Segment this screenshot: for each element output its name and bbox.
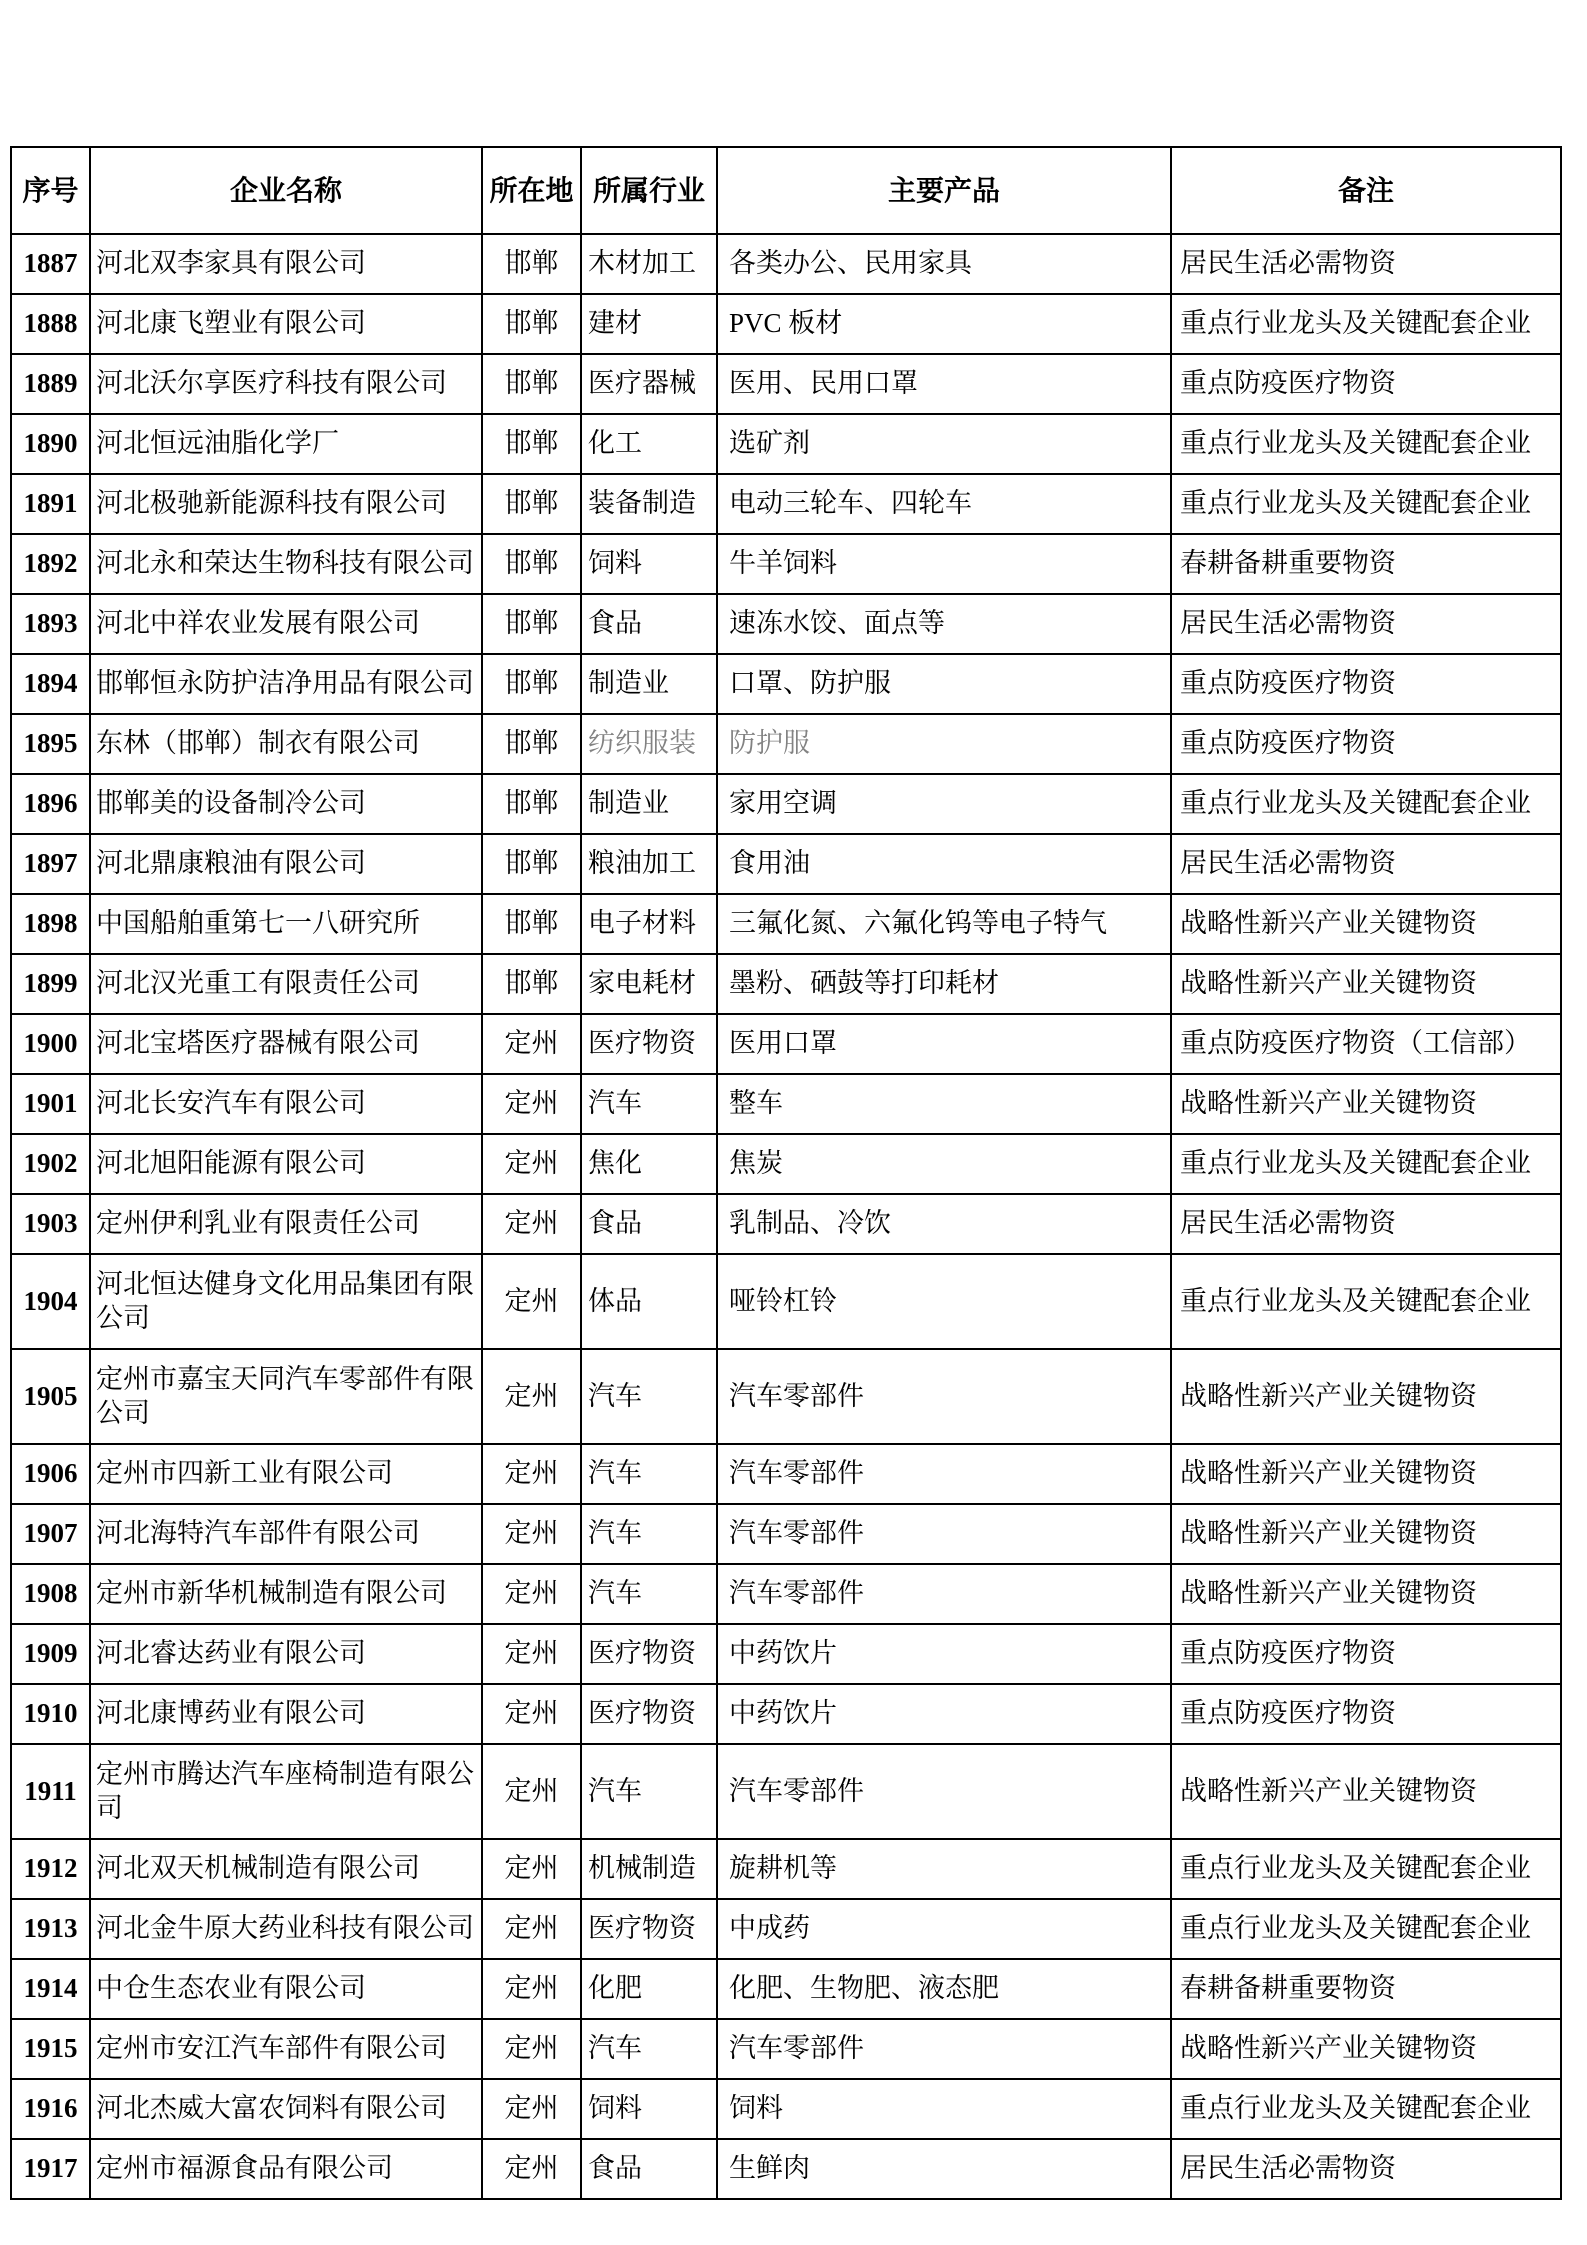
cell-id: 1912 [11,1839,90,1899]
cell-products: 各类办公、民用家具 [717,234,1171,294]
cell-industry: 家电耗材 [581,954,717,1014]
cell-industry: 汽车 [581,1444,717,1504]
cell-location: 邯郸 [482,834,581,894]
cell-location: 定州 [482,1959,581,2019]
cell-company: 河北恒达健身文化用品集团有限公司 [90,1254,482,1349]
cell-industry: 食品 [581,2139,717,2199]
cell-remark: 战略性新兴产业关键物资 [1171,2019,1561,2079]
cell-company: 河北汉光重工有限责任公司 [90,954,482,1014]
table-header-row: 序号企业名称所在地所属行业主要产品备注 [11,147,1561,234]
cell-products: 整车 [717,1074,1171,1134]
cell-industry: 体品 [581,1254,717,1349]
cell-location: 邯郸 [482,954,581,1014]
cell-location: 定州 [482,1254,581,1349]
cell-company: 定州市新华机械制造有限公司 [90,1564,482,1624]
cell-industry: 食品 [581,1194,717,1254]
cell-industry: 汽车 [581,2019,717,2079]
table-row: 1890河北恒远油脂化学厂邯郸化工选矿剂重点行业龙头及关键配套企业 [11,414,1561,474]
cell-industry: 饲料 [581,534,717,594]
cell-id: 1909 [11,1624,90,1684]
cell-company: 河北双李家具有限公司 [90,234,482,294]
cell-location: 邯郸 [482,774,581,834]
cell-industry: 医疗器械 [581,354,717,414]
cell-location: 邯郸 [482,654,581,714]
cell-industry: 食品 [581,594,717,654]
cell-industry: 制造业 [581,654,717,714]
column-header-remark: 备注 [1171,147,1561,234]
cell-location: 定州 [482,1624,581,1684]
table-row: 1907河北海特汽车部件有限公司定州汽车汽车零部件战略性新兴产业关键物资 [11,1504,1561,1564]
cell-id: 1906 [11,1444,90,1504]
cell-products: 食用油 [717,834,1171,894]
cell-products: 汽车零部件 [717,2019,1171,2079]
cell-location: 定州 [482,1744,581,1839]
cell-id: 1895 [11,714,90,774]
table-row: 1892河北永和荣达生物科技有限公司邯郸饲料牛羊饲料春耕备耕重要物资 [11,534,1561,594]
cell-remark: 重点防疫医疗物资（工信部） [1171,1014,1561,1074]
cell-location: 邯郸 [482,414,581,474]
table-row: 1902河北旭阳能源有限公司定州焦化焦炭重点行业龙头及关键配套企业 [11,1134,1561,1194]
cell-remark: 重点防疫医疗物资 [1171,654,1561,714]
cell-industry: 化工 [581,414,717,474]
cell-industry: 医疗物资 [581,1624,717,1684]
cell-remark: 居民生活必需物资 [1171,1194,1561,1254]
cell-industry: 汽车 [581,1744,717,1839]
cell-products: 牛羊饲料 [717,534,1171,594]
cell-remark: 重点行业龙头及关键配套企业 [1171,474,1561,534]
table-row: 1915定州市安江汽车部件有限公司定州汽车汽车零部件战略性新兴产业关键物资 [11,2019,1561,2079]
cell-remark: 重点行业龙头及关键配套企业 [1171,1839,1561,1899]
table-row: 1903定州伊利乳业有限责任公司定州食品乳制品、冷饮居民生活必需物资 [11,1194,1561,1254]
table-row: 1913河北金牛原大药业科技有限公司定州医疗物资中成药重点行业龙头及关键配套企业 [11,1899,1561,1959]
cell-products: 生鲜肉 [717,2139,1171,2199]
cell-remark: 重点行业龙头及关键配套企业 [1171,294,1561,354]
table-row: 1889河北沃尔享医疗科技有限公司邯郸医疗器械医用、民用口罩重点防疫医疗物资 [11,354,1561,414]
cell-company: 中国船舶重第七一八研究所 [90,894,482,954]
cell-products: 中成药 [717,1899,1171,1959]
cell-remark: 重点行业龙头及关键配套企业 [1171,414,1561,474]
cell-company: 定州市腾达汽车座椅制造有限公司 [90,1744,482,1839]
cell-location: 定州 [482,1014,581,1074]
cell-remark: 居民生活必需物资 [1171,2139,1561,2199]
cell-company: 河北旭阳能源有限公司 [90,1134,482,1194]
cell-id: 1914 [11,1959,90,2019]
cell-remark: 重点行业龙头及关键配套企业 [1171,774,1561,834]
cell-id: 1887 [11,234,90,294]
cell-remark: 居民生活必需物资 [1171,594,1561,654]
cell-industry: 汽车 [581,1349,717,1444]
table-row: 1916河北杰威大富农饲料有限公司定州饲料饲料重点行业龙头及关键配套企业 [11,2079,1561,2139]
cell-products: 哑铃杠铃 [717,1254,1171,1349]
cell-location: 邯郸 [482,714,581,774]
cell-id: 1907 [11,1504,90,1564]
cell-products: 口罩、防护服 [717,654,1171,714]
cell-company: 邯郸恒永防护洁净用品有限公司 [90,654,482,714]
cell-products: 防护服 [717,714,1171,774]
cell-products: 乳制品、冷饮 [717,1194,1171,1254]
cell-id: 1896 [11,774,90,834]
cell-remark: 战略性新兴产业关键物资 [1171,1744,1561,1839]
cell-company: 河北双天机械制造有限公司 [90,1839,482,1899]
cell-company: 河北恒远油脂化学厂 [90,414,482,474]
cell-id: 1915 [11,2019,90,2079]
cell-remark: 重点防疫医疗物资 [1171,1684,1561,1744]
cell-location: 定州 [482,1074,581,1134]
cell-industry: 制造业 [581,774,717,834]
cell-id: 1910 [11,1684,90,1744]
cell-id: 1908 [11,1564,90,1624]
cell-company: 河北康博药业有限公司 [90,1684,482,1744]
table-row: 1905定州市嘉宝天同汽车零部件有限公司定州汽车汽车零部件战略性新兴产业关键物资 [11,1349,1561,1444]
cell-company: 河北康飞塑业有限公司 [90,294,482,354]
cell-location: 定州 [482,2139,581,2199]
table-row: 1894邯郸恒永防护洁净用品有限公司邯郸制造业口罩、防护服重点防疫医疗物资 [11,654,1561,714]
cell-location: 定州 [482,1504,581,1564]
column-header-industry: 所属行业 [581,147,717,234]
table-row: 1914中仓生态农业有限公司定州化肥化肥、生物肥、液态肥春耕备耕重要物资 [11,1959,1561,2019]
cell-company: 河北永和荣达生物科技有限公司 [90,534,482,594]
cell-industry: 焦化 [581,1134,717,1194]
cell-products: 医用口罩 [717,1014,1171,1074]
cell-location: 邯郸 [482,234,581,294]
table-row: 1887河北双李家具有限公司邯郸木材加工各类办公、民用家具居民生活必需物资 [11,234,1561,294]
cell-remark: 战略性新兴产业关键物资 [1171,1444,1561,1504]
cell-industry: 木材加工 [581,234,717,294]
cell-remark: 战略性新兴产业关键物资 [1171,1349,1561,1444]
cell-products: 墨粉、硒鼓等打印耗材 [717,954,1171,1014]
column-header-id: 序号 [11,147,90,234]
cell-location: 邯郸 [482,294,581,354]
cell-id: 1888 [11,294,90,354]
cell-remark: 春耕备耕重要物资 [1171,534,1561,594]
cell-products: 汽车零部件 [717,1564,1171,1624]
cell-remark: 重点防疫医疗物资 [1171,1624,1561,1684]
cell-remark: 春耕备耕重要物资 [1171,1959,1561,2019]
cell-company: 东林（邯郸）制衣有限公司 [90,714,482,774]
cell-products: 焦炭 [717,1134,1171,1194]
table-row: 1891河北极驰新能源科技有限公司邯郸装备制造电动三轮车、四轮车重点行业龙头及关… [11,474,1561,534]
cell-company: 定州伊利乳业有限责任公司 [90,1194,482,1254]
column-header-company: 企业名称 [90,147,482,234]
cell-location: 邯郸 [482,354,581,414]
cell-location: 邯郸 [482,534,581,594]
cell-location: 邯郸 [482,894,581,954]
cell-location: 定州 [482,1899,581,1959]
cell-industry: 纺织服装 [581,714,717,774]
header-row: 序号企业名称所在地所属行业主要产品备注 [11,147,1561,234]
cell-industry: 化肥 [581,1959,717,2019]
cell-industry: 机械制造 [581,1839,717,1899]
cell-location: 邯郸 [482,594,581,654]
cell-industry: 汽车 [581,1564,717,1624]
cell-products: 速冻水饺、面点等 [717,594,1171,654]
cell-id: 1903 [11,1194,90,1254]
cell-company: 河北长安汽车有限公司 [90,1074,482,1134]
cell-location: 定州 [482,2079,581,2139]
cell-id: 1916 [11,2079,90,2139]
cell-location: 定州 [482,1839,581,1899]
cell-id: 1891 [11,474,90,534]
cell-id: 1894 [11,654,90,714]
cell-company: 河北宝塔医疗器械有限公司 [90,1014,482,1074]
cell-remark: 战略性新兴产业关键物资 [1171,894,1561,954]
cell-company: 河北鼎康粮油有限公司 [90,834,482,894]
cell-products: 旋耕机等 [717,1839,1171,1899]
cell-remark: 居民生活必需物资 [1171,234,1561,294]
table-body: 1887河北双李家具有限公司邯郸木材加工各类办公、民用家具居民生活必需物资188… [11,234,1561,2199]
cell-products: PVC 板材 [717,294,1171,354]
cell-remark: 重点行业龙头及关键配套企业 [1171,2079,1561,2139]
cell-company: 河北金牛原大药业科技有限公司 [90,1899,482,1959]
cell-company: 河北中祥农业发展有限公司 [90,594,482,654]
cell-remark: 居民生活必需物资 [1171,834,1561,894]
cell-id: 1897 [11,834,90,894]
cell-id: 1898 [11,894,90,954]
cell-id: 1901 [11,1074,90,1134]
enterprise-table: 序号企业名称所在地所属行业主要产品备注 1887河北双李家具有限公司邯郸木材加工… [10,146,1562,2200]
table-row: 1900河北宝塔医疗器械有限公司定州医疗物资医用口罩重点防疫医疗物资（工信部） [11,1014,1561,1074]
cell-id: 1917 [11,2139,90,2199]
table-row: 1908定州市新华机械制造有限公司定州汽车汽车零部件战略性新兴产业关键物资 [11,1564,1561,1624]
table-row: 1912河北双天机械制造有限公司定州机械制造旋耕机等重点行业龙头及关键配套企业 [11,1839,1561,1899]
cell-location: 定州 [482,1134,581,1194]
cell-products: 饲料 [717,2079,1171,2139]
cell-industry: 建材 [581,294,717,354]
table-row: 1917定州市福源食品有限公司定州食品生鲜肉居民生活必需物资 [11,2139,1561,2199]
table-row: 1909河北睿达药业有限公司定州医疗物资中药饮片重点防疫医疗物资 [11,1624,1561,1684]
cell-company: 定州市嘉宝天同汽车零部件有限公司 [90,1349,482,1444]
cell-remark: 重点行业龙头及关键配套企业 [1171,1134,1561,1194]
cell-products: 三氟化氮、六氟化钨等电子特气 [717,894,1171,954]
cell-company: 河北极驰新能源科技有限公司 [90,474,482,534]
cell-location: 定州 [482,1564,581,1624]
table-row: 1906定州市四新工业有限公司定州汽车汽车零部件战略性新兴产业关键物资 [11,1444,1561,1504]
cell-remark: 重点防疫医疗物资 [1171,354,1561,414]
table-row: 1899河北汉光重工有限责任公司邯郸家电耗材墨粉、硒鼓等打印耗材战略性新兴产业关… [11,954,1561,1014]
table-row: 1897河北鼎康粮油有限公司邯郸粮油加工食用油居民生活必需物资 [11,834,1561,894]
cell-products: 中药饮片 [717,1684,1171,1744]
cell-location: 定州 [482,1194,581,1254]
cell-industry: 医疗物资 [581,1684,717,1744]
table-row: 1898中国船舶重第七一八研究所邯郸电子材料三氟化氮、六氟化钨等电子特气战略性新… [11,894,1561,954]
cell-industry: 饲料 [581,2079,717,2139]
cell-company: 河北沃尔享医疗科技有限公司 [90,354,482,414]
cell-products: 选矿剂 [717,414,1171,474]
cell-remark: 战略性新兴产业关键物资 [1171,1504,1561,1564]
cell-products: 汽车零部件 [717,1744,1171,1839]
cell-location: 定州 [482,1349,581,1444]
cell-products: 医用、民用口罩 [717,354,1171,414]
cell-products: 中药饮片 [717,1624,1171,1684]
cell-id: 1890 [11,414,90,474]
table-row: 1896邯郸美的设备制冷公司邯郸制造业家用空调重点行业龙头及关键配套企业 [11,774,1561,834]
cell-id: 1904 [11,1254,90,1349]
cell-products: 汽车零部件 [717,1349,1171,1444]
cell-id: 1902 [11,1134,90,1194]
cell-products: 电动三轮车、四轮车 [717,474,1171,534]
cell-remark: 重点行业龙头及关键配套企业 [1171,1899,1561,1959]
cell-id: 1889 [11,354,90,414]
table-row: 1888河北康飞塑业有限公司邯郸建材PVC 板材重点行业龙头及关键配套企业 [11,294,1561,354]
table-row: 1911定州市腾达汽车座椅制造有限公司定州汽车汽车零部件战略性新兴产业关键物资 [11,1744,1561,1839]
cell-id: 1892 [11,534,90,594]
cell-company: 河北睿达药业有限公司 [90,1624,482,1684]
cell-industry: 电子材料 [581,894,717,954]
cell-remark: 战略性新兴产业关键物资 [1171,1564,1561,1624]
cell-industry: 医疗物资 [581,1899,717,1959]
cell-industry: 汽车 [581,1074,717,1134]
cell-company: 定州市安江汽车部件有限公司 [90,2019,482,2079]
cell-company: 邯郸美的设备制冷公司 [90,774,482,834]
cell-company: 河北海特汽车部件有限公司 [90,1504,482,1564]
cell-industry: 医疗物资 [581,1014,717,1074]
cell-remark: 战略性新兴产业关键物资 [1171,954,1561,1014]
cell-products: 家用空调 [717,774,1171,834]
table-row: 1893河北中祥农业发展有限公司邯郸食品速冻水饺、面点等居民生活必需物资 [11,594,1561,654]
cell-id: 1900 [11,1014,90,1074]
cell-products: 化肥、生物肥、液态肥 [717,1959,1171,2019]
cell-location: 邯郸 [482,474,581,534]
cell-industry: 装备制造 [581,474,717,534]
cell-industry: 汽车 [581,1504,717,1564]
table-row: 1901河北长安汽车有限公司定州汽车整车战略性新兴产业关键物资 [11,1074,1561,1134]
cell-products: 汽车零部件 [717,1504,1171,1564]
table-row: 1910河北康博药业有限公司定州医疗物资中药饮片重点防疫医疗物资 [11,1684,1561,1744]
table-row: 1904河北恒达健身文化用品集团有限公司定州体品哑铃杠铃重点行业龙头及关键配套企… [11,1254,1561,1349]
cell-id: 1913 [11,1899,90,1959]
cell-company: 河北杰威大富农饲料有限公司 [90,2079,482,2139]
cell-remark: 战略性新兴产业关键物资 [1171,1074,1561,1134]
table-row: 1895东林（邯郸）制衣有限公司邯郸纺织服装防护服重点防疫医疗物资 [11,714,1561,774]
cell-location: 定州 [482,1444,581,1504]
cell-industry: 粮油加工 [581,834,717,894]
cell-location: 定州 [482,2019,581,2079]
cell-company: 定州市四新工业有限公司 [90,1444,482,1504]
column-header-location: 所在地 [482,147,581,234]
column-header-products: 主要产品 [717,147,1171,234]
cell-remark: 重点行业龙头及关键配套企业 [1171,1254,1561,1349]
cell-products: 汽车零部件 [717,1444,1171,1504]
cell-company: 定州市福源食品有限公司 [90,2139,482,2199]
cell-id: 1899 [11,954,90,1014]
cell-id: 1905 [11,1349,90,1444]
cell-id: 1893 [11,594,90,654]
cell-company: 中仓生态农业有限公司 [90,1959,482,2019]
cell-id: 1911 [11,1744,90,1839]
cell-remark: 重点防疫医疗物资 [1171,714,1561,774]
cell-location: 定州 [482,1684,581,1744]
